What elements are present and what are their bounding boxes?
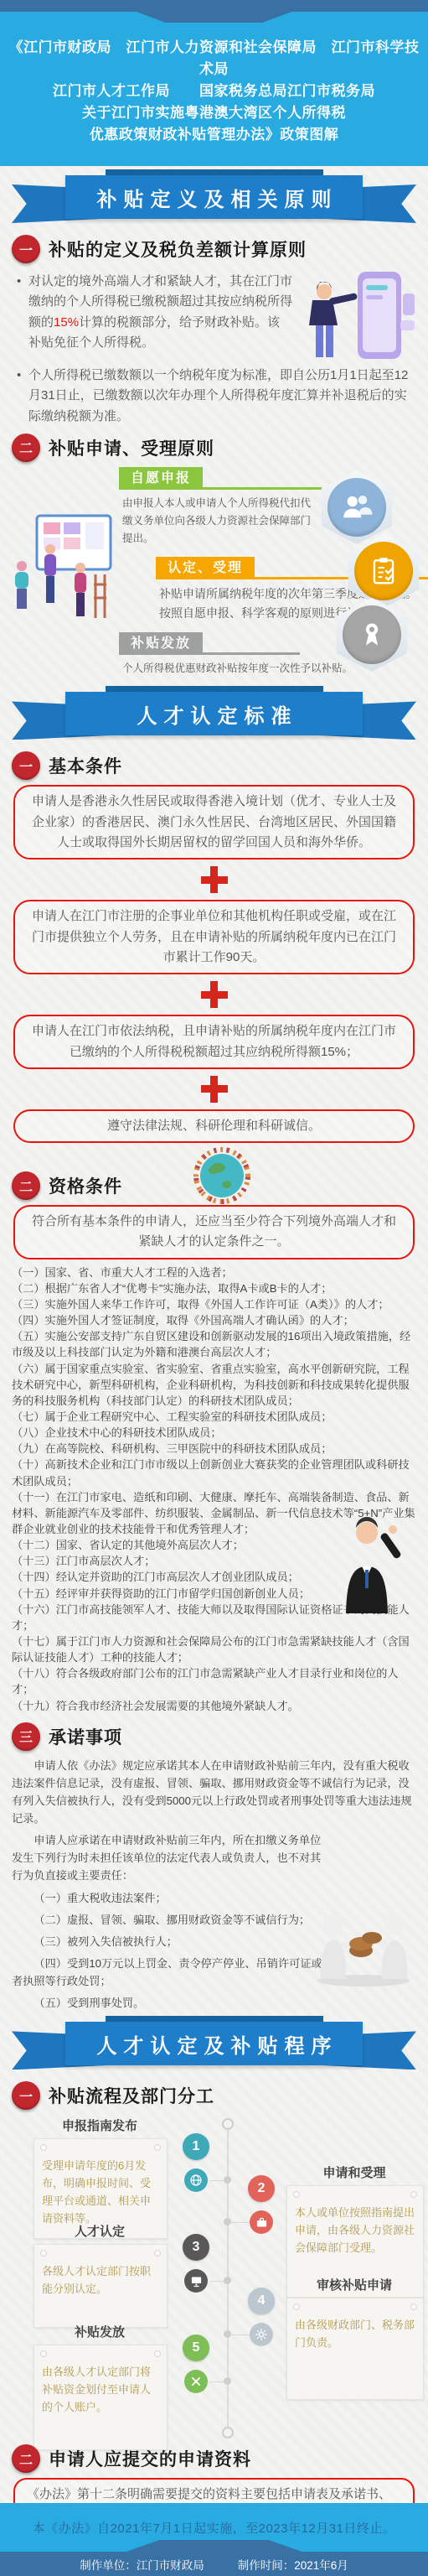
- banner-title: 人才认定标准: [131, 699, 298, 729]
- flow-step-title-5: 补贴发放: [34, 2323, 166, 2340]
- section-definition: 一 补贴的定义及税负差额计算原则 对认定的境外高端人才和紧缺人才，其在江门市缴纳…: [0, 233, 428, 427]
- step-label-grant: 补贴发放: [119, 632, 203, 655]
- briefcase-icon: [255, 2216, 268, 2229]
- section-title: 补贴流程及部门分工: [49, 2083, 214, 2108]
- flow-step-number-2: 2: [248, 2175, 275, 2202]
- header-title-line-4: 优惠政策财政补贴管理办法》政策图解: [7, 124, 421, 146]
- flow-step-number-4: 4: [248, 2288, 275, 2314]
- condition-box-4: 遵守法律法规、科研伦理和科研诚信。: [13, 1109, 415, 1143]
- validity-text: 本《办法》自2021年7月1日起实施，至2023年12月31日终止。: [33, 2519, 396, 2537]
- definition-paragraph-1: 对认定的境外高端人才和紧缺人才，其在江门市缴纳的个人所得税已缴税额超过其按应纳税…: [12, 272, 292, 353]
- section-number-badge: 三: [12, 1722, 40, 1751]
- section-number-badge: 一: [12, 235, 40, 263]
- promise-item: （五）受到刑事处罚。: [12, 1994, 328, 2012]
- wrench-icon: [190, 2376, 202, 2387]
- flow-step-box-5: 由各级人才认定部门将补贴资金划付至申请人的个人账户。: [34, 2345, 168, 2450]
- businessman-illustration: [329, 1514, 405, 1613]
- procedure-timeline: 申报指南发布 受理申请年度的6月发布，明确申报时间、受理平台或通道、相关申请资料…: [12, 2115, 416, 2438]
- section-number-badge: 二: [12, 434, 40, 462]
- plus-icon: [199, 979, 229, 1010]
- person-phone-illustration: [292, 268, 416, 362]
- bottom-band: 制作单位：江门市财政局 制作时间：2021年6月: [0, 2552, 428, 2576]
- flow-step-number-1: 1: [183, 2133, 209, 2160]
- timeline-endpoint: [222, 2427, 234, 2438]
- flow-step-box-4: 由各级财政部门、税务部门负责。: [286, 2298, 424, 2400]
- section-procedure-flow: 一 补贴流程及部门分工 申报指南发布 受理申请年度的6月发布，明确申报时间、受理…: [0, 2080, 428, 2438]
- people-icon: [339, 490, 374, 525]
- section-basic-conditions: 一 基本条件 申请人是香港永久性居民或取得香港入境计划（优才、专业人士及企业家）…: [0, 750, 428, 1143]
- flow-step-title-3: 人才认定: [34, 2222, 166, 2240]
- list-item: （三）实施外国人来华工作许可，取得《外国人工作许可证（A类）》的人才；: [12, 1296, 416, 1312]
- list-item: （七）属于企业工程研究中心、工程实验室的科研技术团队成员；: [12, 1409, 416, 1425]
- list-item: （二）根据广东省人才“优粤卡”实施办法，取得A卡或B卡的人才；: [12, 1280, 416, 1296]
- section-title: 申请人应提交的申请资料: [49, 2446, 251, 2471]
- flow-step-title-2: 申请和受理: [286, 2163, 422, 2181]
- plus-icon: [199, 865, 229, 895]
- award-ribbon-icon: [356, 619, 388, 651]
- made-date-text: 制作时间：2021年6月: [238, 2556, 348, 2573]
- flow-step-number-3: 3: [183, 2234, 209, 2261]
- list-item: （十）高新技术企业和江门市市级以上创新创业大赛获奖的企业管理团队或科研技术团队成…: [12, 1457, 416, 1488]
- definition-paragraph-2: 个人所得税已缴数额以一个纳税年度为标准，即自公历1月1日起至12月31日止，已缴…: [12, 366, 416, 427]
- header: 《江门市财政局 江门市人力资源和社会保障局 江门市科学技术局 江门市人才工作局 …: [0, 12, 428, 166]
- promise-item: （一）重大税收违法案件；: [12, 1889, 328, 1907]
- section-title: 补贴的定义及税负差额计算原则: [49, 236, 307, 262]
- promise-item: （四）受到10万元以上罚金、责令停产停业、吊销许可证或者执照等行政处罚；: [12, 1955, 328, 1990]
- banner-subsidy-definition: 补贴定义及相关原则: [0, 169, 428, 228]
- plus-icon: [199, 1074, 229, 1104]
- list-item: （五）实施公安部支持广东自贸区建设和创新驱动发展的16项出入境政策措施，经市级及…: [12, 1328, 416, 1360]
- promise-paragraph-1: 申请人依《办法》规定应承诺其本人在申请财政补贴前三年内，没有重大税收违法案件信息…: [12, 1757, 416, 1828]
- header-title-line-1: 《江门市财政局 江门市人力资源和社会保障局 江门市科学技术局: [7, 37, 421, 80]
- section-number-badge: 一: [12, 751, 40, 780]
- flow-step-box-3: 各级人才认定部门按职能分别认定。: [34, 2244, 168, 2328]
- section-title: 补贴申请、受理原则: [49, 435, 214, 460]
- promise-item: （三）被列入失信被执行人；: [12, 1933, 328, 1950]
- hexagon-award-badge: [333, 596, 410, 673]
- promise-item: （二）虚报、冒领、骗取、挪用财政资金等不诚信行为；: [12, 1911, 328, 1929]
- monitor-icon: [190, 2275, 203, 2288]
- section-promises: 三 承诺事项 申请人依《办法》规定应承诺其本人在申请财政补贴前三年内，没有重大税…: [0, 1721, 428, 2012]
- flow-step-number-5: 5: [183, 2334, 209, 2361]
- gear-icon: [255, 2328, 268, 2341]
- list-item: （十八）符合各级政府部门公布的江门市急需紧缺产业人才目录行业和岗位的人才；: [12, 1665, 416, 1697]
- header-title-line-3: 关于江门市实施粤港澳大湾区个人所得税: [7, 102, 421, 124]
- banner-procedure: 人才认定及补贴程序: [0, 2016, 428, 2075]
- step-label-accept: 认定、受理: [156, 557, 255, 579]
- clipboard-check-icon: [368, 555, 400, 587]
- banner-title: 人才认定及补贴程序: [90, 2029, 338, 2059]
- promise-paragraph-2: 申请人应承诺在申请财政补贴前三年内，所在扣缴义务单位发生下列行为时未担任该单位的…: [12, 1831, 328, 1884]
- timeline-endpoint: [222, 2118, 234, 2130]
- list-item: （十九）符合我市经济社会发展需要的其他境外紧缺人才。: [12, 1698, 416, 1714]
- list-item: （六）属于国家重点实验室、省实验室、省重点实验室，高水平创新研究院，工程技术研究…: [12, 1361, 416, 1409]
- list-item: （一）国家、省、市重大人才工程的入选者；: [12, 1265, 416, 1280]
- globe-icon: [189, 2173, 203, 2187]
- list-item: （八）企业技术中心的科研技术团队成员；: [12, 1425, 416, 1441]
- banner-title: 补贴定义及相关原则: [90, 183, 338, 212]
- header-title-line-2: 江门市人才工作局 国家税务总局江门市税务局: [7, 80, 421, 102]
- producer-text: 制作单位：江门市财政局: [80, 2556, 204, 2573]
- list-item: （四）实施外国人才签证制度，取得《外国高端人才确认函》的人才；: [12, 1312, 416, 1328]
- flow-step-title-1: 申报指南发布: [34, 2116, 166, 2134]
- globe-people-illustration: [191, 1145, 253, 1207]
- section-title: 承诺事项: [49, 1724, 122, 1749]
- condition-box-3: 申请人在江门市依法纳税，且申请补贴的所属纳税年度内在江门市已缴纳的个人所得税税额…: [13, 1015, 415, 1069]
- section-apply-principles: 二 补贴申请、受理原则 自愿申报: [0, 432, 428, 678]
- tag-underline: [119, 652, 300, 655]
- figures-coins-illustration: [312, 1902, 415, 1987]
- condition-box-2: 申请人在江门市注册的企事业单位和其他机构任职或受雇，或在江门市提供独立个人劳务，…: [13, 900, 415, 974]
- flow-step-title-4: 审核补贴申请: [286, 2276, 422, 2293]
- section-qualification: 二 资格条件 符合所有基本条件的申请人，还应当至少符合下列境外高端人才和紧缺人才…: [0, 1146, 428, 1716]
- list-item: （十七）属于江门市人力资源和社会保障局公布的江门市急需紧缺技能人才（含国际认证技…: [12, 1633, 416, 1665]
- section-number-badge: 二: [12, 2444, 40, 2473]
- qualification-intro-box: 符合所有基本条件的申请人，还应当至少符合下列境外高端人才和紧缺人才的认定条件之一…: [13, 1205, 415, 1259]
- top-band: [0, 0, 428, 12]
- condition-box-1: 申请人是香港永久性居民或取得香港入境计划（优才、专业人士及企业家）的香港居民、澳…: [13, 785, 415, 860]
- step-text: 由申报人本人或申请人个人所得税代扣代缴义务单位向各级人力资源社会保障部门提出。: [122, 495, 313, 548]
- qualification-list: （一）国家、省、市重大人才工程的入选者； （二）根据广东省人才“优粤卡”实施办法…: [12, 1263, 416, 1716]
- banner-talent-criteria: 人才认定标准: [0, 686, 428, 745]
- tag-underline: [119, 487, 322, 490]
- section-number-badge: 一: [12, 2081, 40, 2110]
- policy-infographic-page: 《江门市财政局 江门市人力资源和社会保障局 江门市科学技术局 江门市人才工作局 …: [0, 0, 428, 2576]
- highlight-15-percent: 15%: [54, 315, 79, 330]
- step-label-voluntary: 自愿申报: [119, 467, 203, 490]
- list-item: （九）在高等院校、科研机构、三甲医院中的科研技术团队成员；: [12, 1441, 416, 1457]
- section-title: 基本条件: [49, 753, 122, 778]
